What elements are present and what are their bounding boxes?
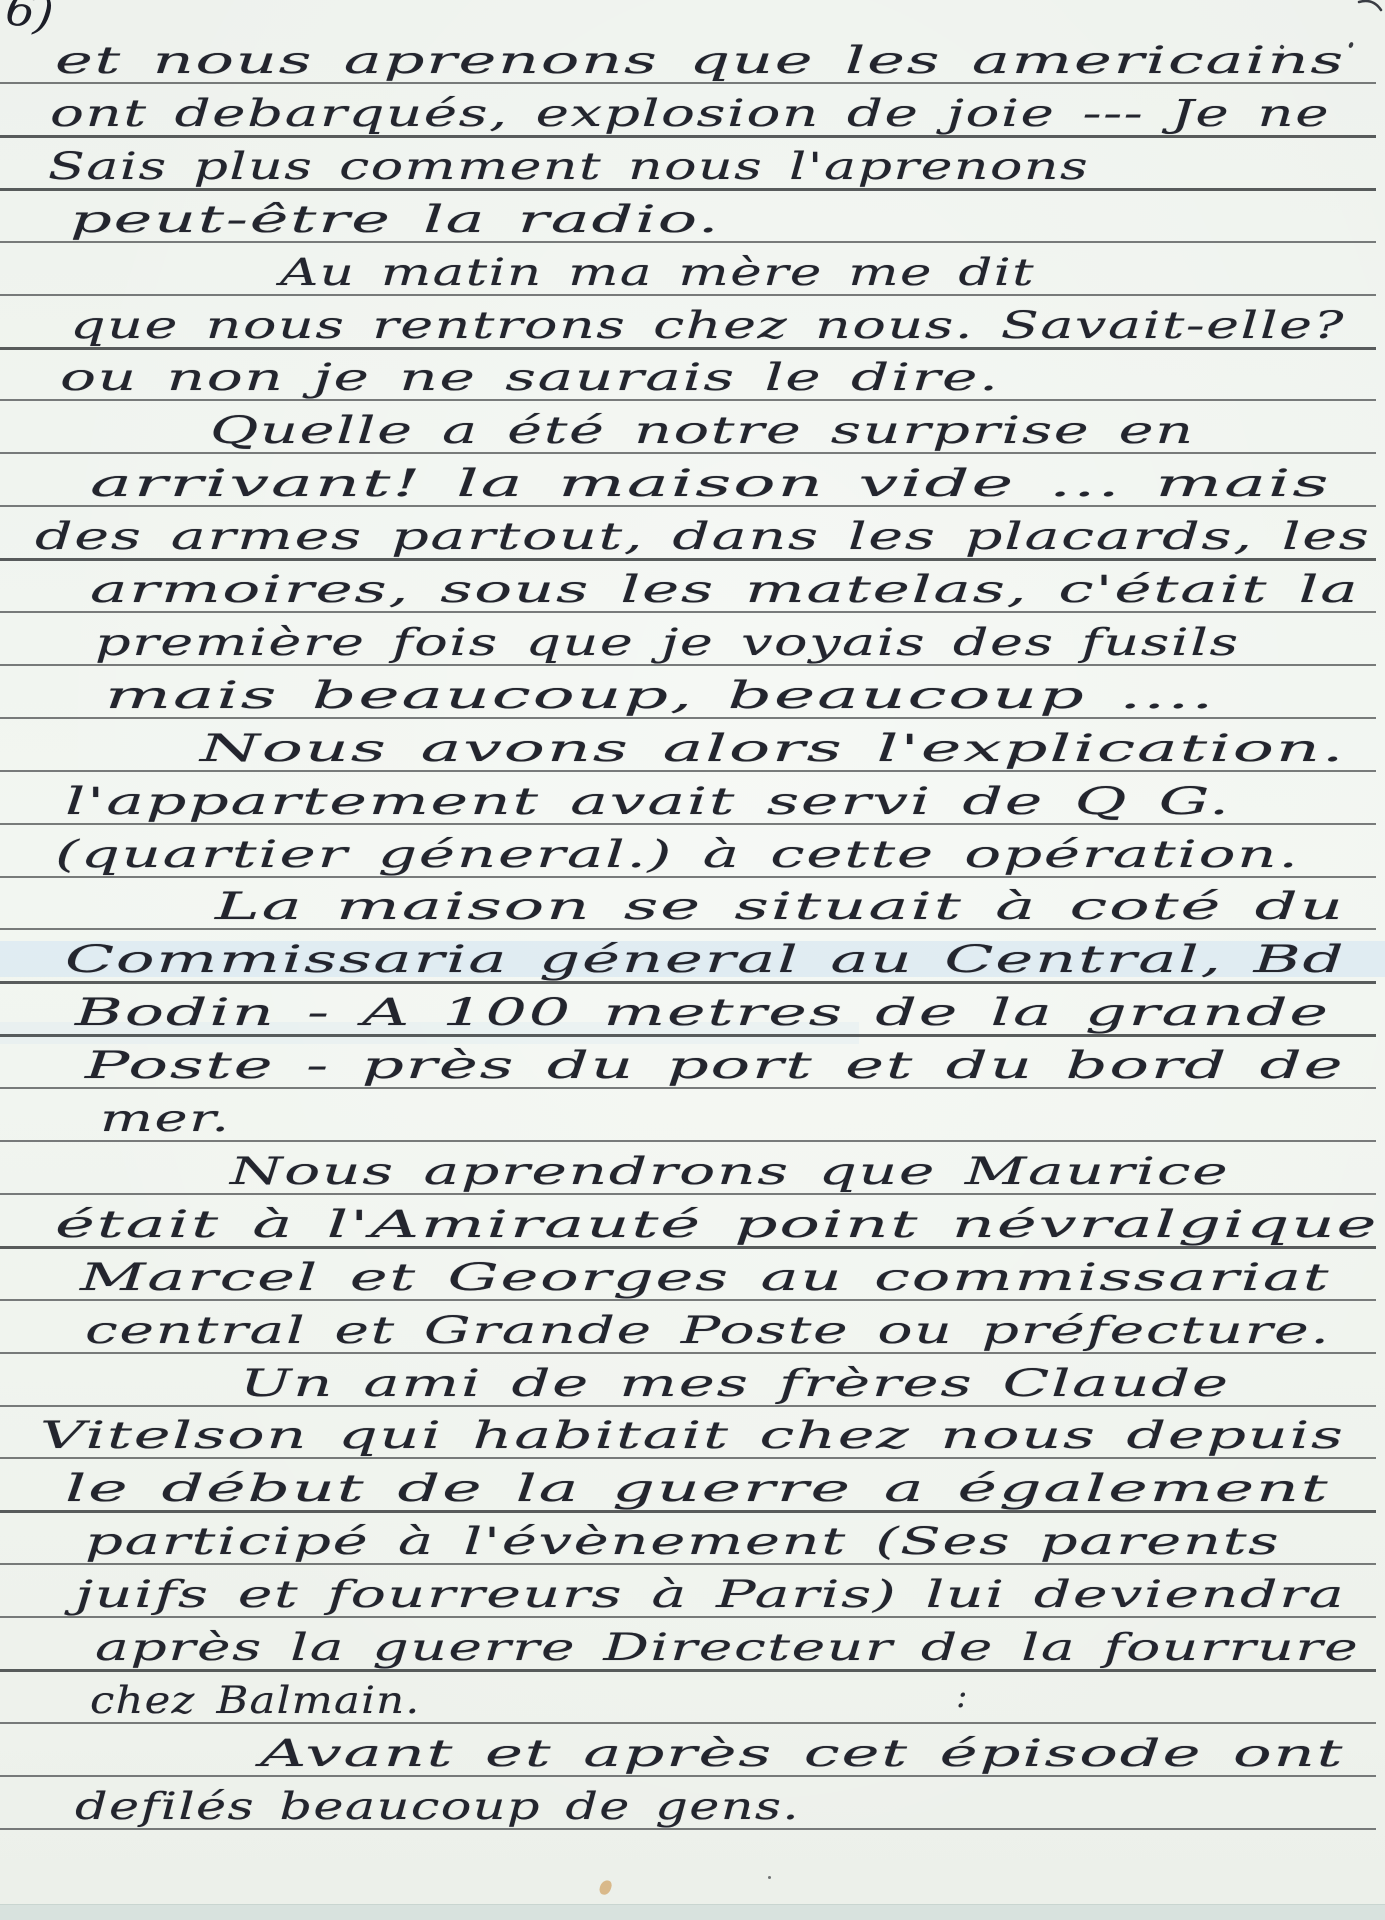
handwriting-line: que nous rentrons chez nous. Savait-elle… — [70, 301, 1345, 351]
handwriting-line: peut-être la radio. — [70, 195, 720, 245]
handwriting-line: après la guerre Directeur de la fourrure — [95, 1623, 1359, 1673]
handwriting-line: Un ami de mes frères Claude — [240, 1359, 1230, 1409]
handwriting-line: l'appartement avait servi de Q G. — [65, 777, 1231, 827]
handwriting-line: (quartier géneral.) à cette opération. — [55, 830, 1299, 880]
handwriting-line: chez Balmain. — [90, 1676, 420, 1726]
handwriting-line: mer. — [100, 1094, 231, 1144]
stray-dot — [1348, 41, 1354, 48]
handwriting-line: armoires, sous les matelas, c'était la — [90, 565, 1359, 615]
handwriting-line: première fois que je voyais des fusils — [95, 618, 1240, 668]
stray-dot — [768, 1876, 771, 1879]
stray-colon-mark: : — [956, 1676, 967, 1716]
handwriting-line: Quelle a été notre surprise en — [210, 406, 1195, 456]
page-number: 6) — [2, 0, 56, 41]
handwriting-line: Poste - près du port et du bord de — [85, 1041, 1344, 1091]
ink-blot — [598, 1879, 613, 1897]
handwriting-line: Au matin ma mère me dit — [280, 248, 1035, 298]
handwriting-line: central et Grande Poste ou préfecture. — [85, 1306, 1331, 1356]
handwriting-line: participé à l'évènement (Ses parents — [85, 1517, 1280, 1567]
handwriting-line: Vitelson qui habitait chez nous depuis — [40, 1411, 1345, 1461]
corner-curl-mark — [1351, 0, 1385, 22]
handwriting-line: Avant et après cet épisode ont — [260, 1729, 1344, 1779]
handwriting-line: La maison se situait à coté du — [215, 882, 1345, 932]
handwriting-line: le début de la guerre a également — [65, 1464, 1329, 1514]
handwriting-line: Marcel et Georges au commissariat — [80, 1253, 1330, 1303]
handwriting-line: ou non je ne saurais le dire. — [60, 353, 1000, 403]
handwriting-line: des armes partout, dans les placards, le… — [35, 512, 1370, 562]
handwriting-line: Commissaria géneral au Central, Bd — [65, 935, 1345, 985]
handwriting-line: Nous avons alors l'explication. — [200, 724, 1345, 774]
scanned-handwritten-page: 6) : et nous aprenons que les americains… — [0, 0, 1385, 1920]
handwriting-line: Bodin - A 100 metres de la grande — [75, 988, 1330, 1038]
handwriting-line: Sais plus comment nous l'aprenons — [48, 142, 1089, 192]
handwriting-line: mais beaucoup, beaucoup .... — [105, 671, 1215, 721]
handwriting-line: juifs et fourreurs à Paris) lui deviendr… — [75, 1570, 1345, 1620]
scan-edge-band — [0, 1904, 1385, 1920]
handwriting-line: defilés beaucoup de gens. — [75, 1782, 800, 1832]
handwriting-line: ont debarqués, explosion de joie --- Je … — [50, 89, 1330, 139]
handwriting-line: arrivant! la maison vide ... mais — [90, 459, 1330, 509]
handwriting-line: Nous aprendrons que Maurice — [230, 1147, 1229, 1197]
handwriting-line: était à l'Amirauté point névralgique — [55, 1200, 1378, 1250]
handwriting-line: et nous aprenons que les americains — [55, 36, 1345, 86]
